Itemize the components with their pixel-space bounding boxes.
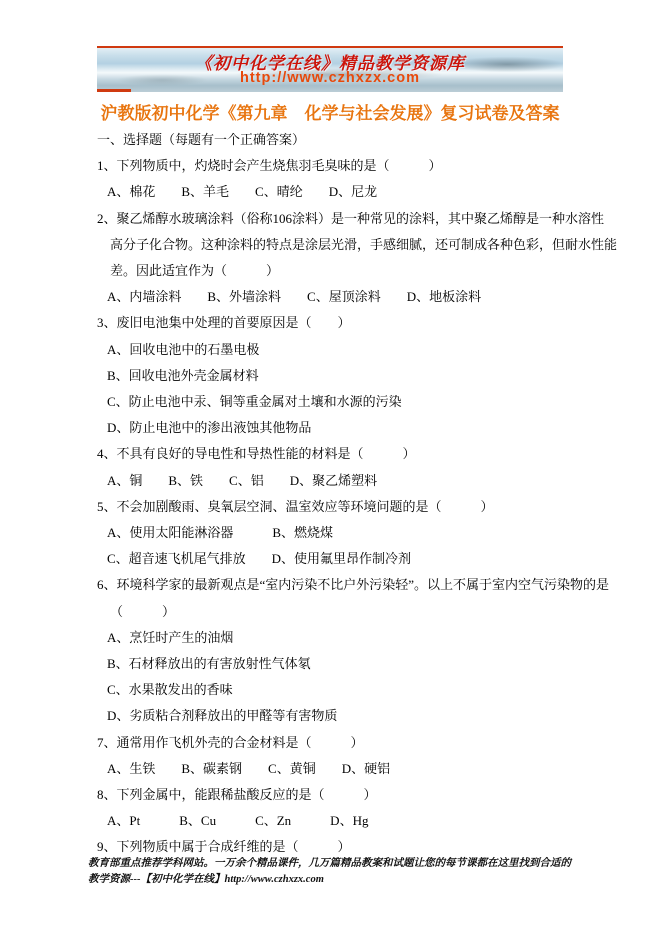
banner-bottom-border: [97, 89, 131, 92]
option-line: A、棉花 B、羊毛 C、晴纶 D、尼龙: [97, 179, 575, 205]
option-line: A、内墙涂料 B、外墙涂料 C、屋顶涂料 D、地板涂料: [97, 284, 575, 310]
question-stem: 8、下列金属中，能跟稀盐酸反应的是（ ）: [97, 782, 575, 808]
question-5: 5、不会加剧酸雨、臭氧层空洞、温室效应等环境问题的是（ ）A、使用太阳能淋浴器 …: [97, 494, 575, 573]
banner-top-border: [97, 46, 563, 48]
site-banner: 《初中化学在线》精品教学资源库 http://www.czhxzx.com: [97, 46, 563, 92]
questions-container: 1、下列物质中，灼烧时会产生烧焦羽毛臭味的是（ ）A、棉花 B、羊毛 C、晴纶 …: [97, 153, 575, 860]
option-line: A、烹饪时产生的油烟: [97, 625, 575, 651]
option-line: A、生铁 B、碳素钢 C、黄铜 D、硬铝: [97, 756, 575, 782]
option-line: D、防止电池中的渗出液蚀其他物品: [97, 415, 575, 441]
doc-title: 沪教版初中化学《第九章 化学与社会发展》复习试卷及答案: [97, 99, 563, 124]
option-line: A、使用太阳能淋浴器 B、燃烧煤: [97, 520, 575, 546]
question-7: 7、通常用作飞机外壳的合金材料是（ ）A、生铁 B、碳素钢 C、黄铜 D、硬铝: [97, 730, 575, 782]
question-stem-continued: 高分子化合物。这种涂料的特点是涂层光滑，手感细腻，还可制成各种色彩，但耐水性能: [97, 232, 575, 258]
option-line: A、铜 B、铁 C、铝 D、聚乙烯塑料: [97, 468, 575, 494]
option-line: A、回收电池中的石墨电极: [97, 337, 575, 363]
question-stem: 5、不会加剧酸雨、臭氧层空洞、温室效应等环境问题的是（ ）: [97, 494, 575, 520]
option-line: C、防止电池中汞、铜等重金属对土壤和水源的污染: [97, 389, 575, 415]
footer: 教育部重点推荐学科网站。一万余个精品课件，几万篇精品教案和试题让您的每节课都在这…: [88, 856, 574, 887]
section-heading: 一、选择题（每题有一个正确答案）: [97, 127, 575, 153]
footer-line-2: 教学资源---【初中化学在线】http://www.czhxzx.com: [88, 872, 574, 888]
banner-site-url: http://www.czhxzx.com: [97, 70, 563, 86]
question-stem: 3、废旧电池集中处理的首要原因是（ ）: [97, 310, 575, 336]
option-line: B、石材释放出的有害放射性气体氡: [97, 651, 575, 677]
option-line: B、回收电池外壳金属材料: [97, 363, 575, 389]
question-1: 1、下列物质中，灼烧时会产生烧焦羽毛臭味的是（ ）A、棉花 B、羊毛 C、晴纶 …: [97, 153, 575, 205]
question-stem: 7、通常用作飞机外壳的合金材料是（ ）: [97, 730, 575, 756]
exam-document-page: 《初中化学在线》精品教学资源库 http://www.czhxzx.com 沪教…: [0, 0, 661, 935]
question-8: 8、下列金属中，能跟稀盐酸反应的是（ ）A、Pt B、Cu C、Zn D、Hg: [97, 782, 575, 834]
option-line: D、劣质粘合剂释放出的甲醛等有害物质: [97, 703, 575, 729]
question-4: 4、不具有良好的导电性和导热性能的材料是（ ）A、铜 B、铁 C、铝 D、聚乙烯…: [97, 441, 575, 493]
question-stem: 4、不具有良好的导电性和导热性能的材料是（ ）: [97, 441, 575, 467]
question-stem-continued: 差。因此适宜作为（ ）: [97, 258, 575, 284]
option-line: A、Pt B、Cu C、Zn D、Hg: [97, 808, 575, 834]
question-stem: 1、下列物质中，灼烧时会产生烧焦羽毛臭味的是（ ）: [97, 153, 575, 179]
question-stem: 6、环境科学家的最新观点是“室内污染不比户外污染轻”。以上不属于室内空气污染物的…: [97, 572, 575, 598]
option-line: C、水果散发出的香味: [97, 677, 575, 703]
question-6: 6、环境科学家的最新观点是“室内污染不比户外污染轻”。以上不属于室内空气污染物的…: [97, 572, 575, 729]
exam-body: 一、选择题（每题有一个正确答案） 1、下列物质中，灼烧时会产生烧焦羽毛臭味的是（…: [97, 127, 575, 861]
question-2: 2、聚乙烯醇水玻璃涂料（俗称106涂料）是一种常见的涂料，其中聚乙烯醇是一种水溶…: [97, 206, 575, 311]
question-stem-continued: （ ）: [97, 599, 575, 625]
question-stem: 2、聚乙烯醇水玻璃涂料（俗称106涂料）是一种常见的涂料，其中聚乙烯醇是一种水溶…: [97, 206, 575, 232]
footer-line-1: 教育部重点推荐学科网站。一万余个精品课件，几万篇精品教案和试题让您的每节课都在这…: [88, 856, 574, 872]
question-3: 3、废旧电池集中处理的首要原因是（ ）A、回收电池中的石墨电极B、回收电池外壳金…: [97, 310, 575, 441]
option-line: C、超音速飞机尾气排放 D、使用氟里昂作制冷剂: [97, 546, 575, 572]
